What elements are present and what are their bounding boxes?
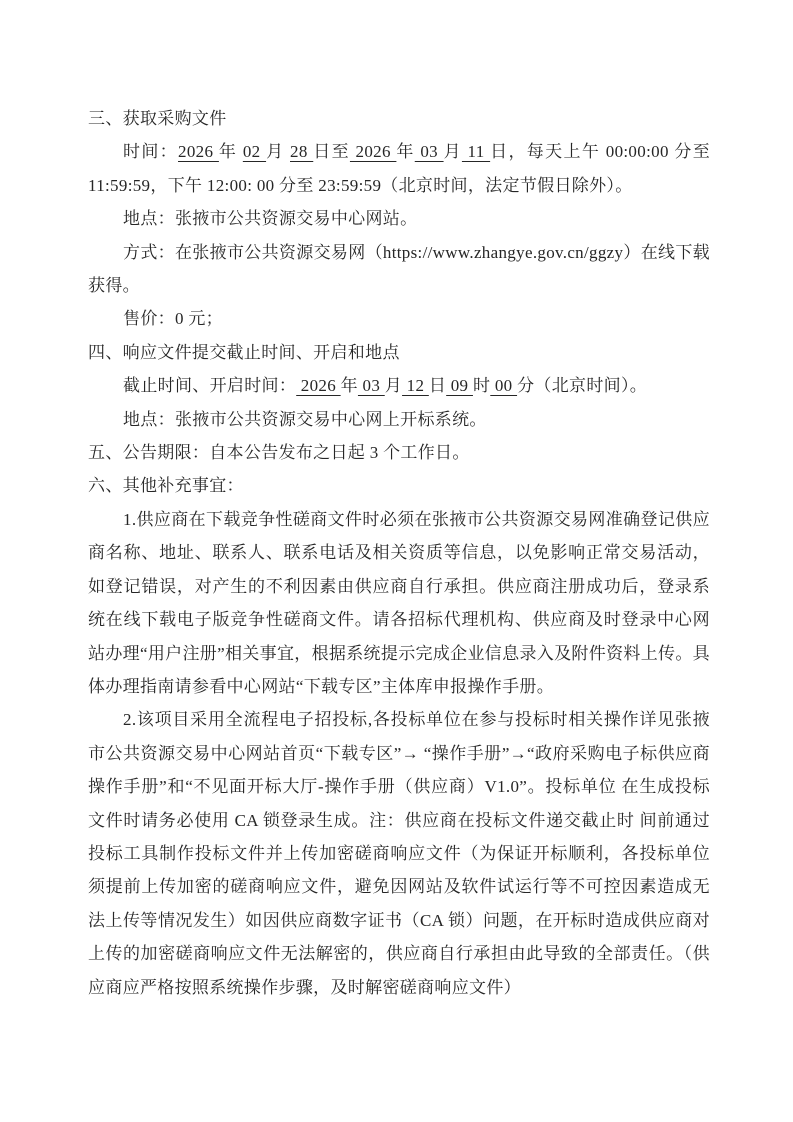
section-6-paragraph-2: 2.该项目采用全流程电子招投标,各投标单位在参与投标时相关操作详见张掖市公共资源… bbox=[88, 703, 710, 1004]
text-run: 年 bbox=[396, 142, 414, 161]
underlined-value: 2026 bbox=[178, 142, 219, 161]
underlined-value: 28 bbox=[290, 142, 313, 161]
section-5-heading: 五、公告期限：自本公告发布之日起 3 个工作日。 bbox=[88, 436, 710, 469]
underlined-value: 00 bbox=[490, 376, 517, 395]
section-4-heading: 四、响应文件提交截止时间、开启和地点 bbox=[88, 336, 710, 369]
document-content: 三、获取采购文件 时间：2026 年 02 月 28 日至 2026 年 03 … bbox=[88, 102, 710, 1004]
section-6-heading: 六、其他补充事宜： bbox=[88, 469, 710, 502]
section-3-heading: 三、获取采购文件 bbox=[88, 102, 710, 135]
underlined-value: 09 bbox=[446, 376, 473, 395]
section-4-location-line: 地点：张掖市公共资源交易中心网上开标系统。 bbox=[88, 403, 710, 436]
text-run: 日 bbox=[429, 376, 446, 395]
text-run: 年 bbox=[219, 142, 243, 161]
section-3-location-line: 地点：张掖市公共资源交易中心网站。 bbox=[88, 202, 710, 235]
text-run: 时间： bbox=[123, 142, 178, 161]
section-6-paragraph-1: 1.供应商在下载竞争性磋商文件时必须在张掖市公共资源交易网准确登记供应商名称、地… bbox=[88, 503, 710, 703]
underlined-value: 2026 bbox=[296, 376, 340, 395]
text-run: 月 bbox=[385, 376, 402, 395]
section-3-price-line: 售价：0 元； bbox=[88, 302, 710, 335]
text-run: 月 bbox=[444, 142, 462, 161]
section-3-time-line: 时间：2026 年 02 月 28 日至 2026 年 03 月 11 日，每天… bbox=[88, 135, 710, 202]
text-run: 分（北京时间）。 bbox=[517, 376, 647, 395]
section-3-method-line: 方式：在张掖市公共资源交易网（https://www.zhangye.gov.c… bbox=[88, 236, 710, 303]
document-page: 三、获取采购文件 时间：2026 年 02 月 28 日至 2026 年 03 … bbox=[0, 0, 793, 1122]
text-run: 截止时间、开启时间： bbox=[123, 376, 296, 395]
underlined-value: 03 bbox=[358, 376, 385, 395]
text-run: 时 bbox=[473, 376, 490, 395]
underlined-value: 2026 bbox=[350, 142, 396, 161]
underlined-value: 11 bbox=[462, 142, 490, 161]
text-run: 年 bbox=[341, 376, 358, 395]
text-run: 月 bbox=[266, 142, 290, 161]
section-4-deadline-line: 截止时间、开启时间： 2026 年 03 月 12 日 09 时 00 分（北京… bbox=[88, 369, 710, 402]
text-run: 日至 bbox=[313, 142, 350, 161]
underlined-value: 03 bbox=[415, 142, 444, 161]
underlined-value: 12 bbox=[402, 376, 429, 395]
underlined-value: 02 bbox=[243, 142, 266, 161]
